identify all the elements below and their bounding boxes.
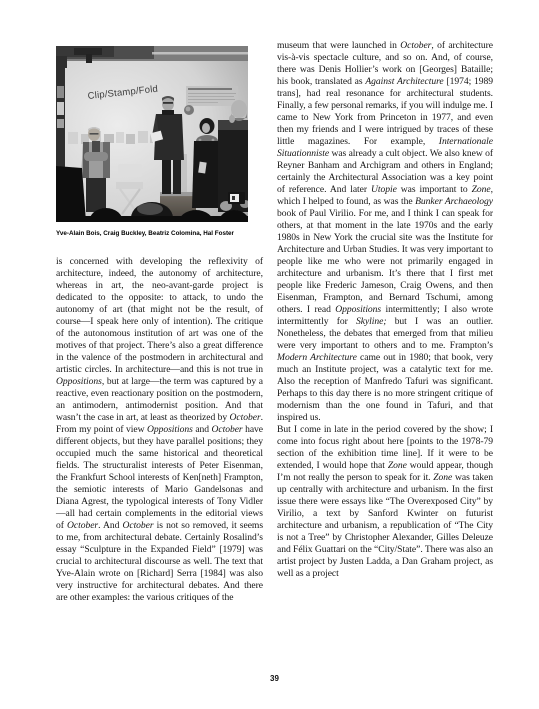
right-column: museum that were launched in October, of… bbox=[277, 40, 493, 580]
book-page: Clip/Stamp/Fold bbox=[0, 0, 539, 709]
chair-glimpse bbox=[180, 154, 187, 196]
photo-caption: Yve-Alain Bois, Craig Buckley, Beatriz C… bbox=[56, 230, 266, 237]
page-number: 39 bbox=[56, 674, 493, 683]
left-column: is concerned with developing the reflexi… bbox=[56, 256, 263, 604]
exhibition-photo: Clip/Stamp/Fold bbox=[56, 46, 248, 222]
body-paragraph: But I come in late in the period covered… bbox=[277, 424, 493, 580]
body-paragraph: museum that were launched in October, of… bbox=[277, 40, 493, 424]
body-paragraph: is concerned with developing the reflexi… bbox=[56, 256, 263, 604]
